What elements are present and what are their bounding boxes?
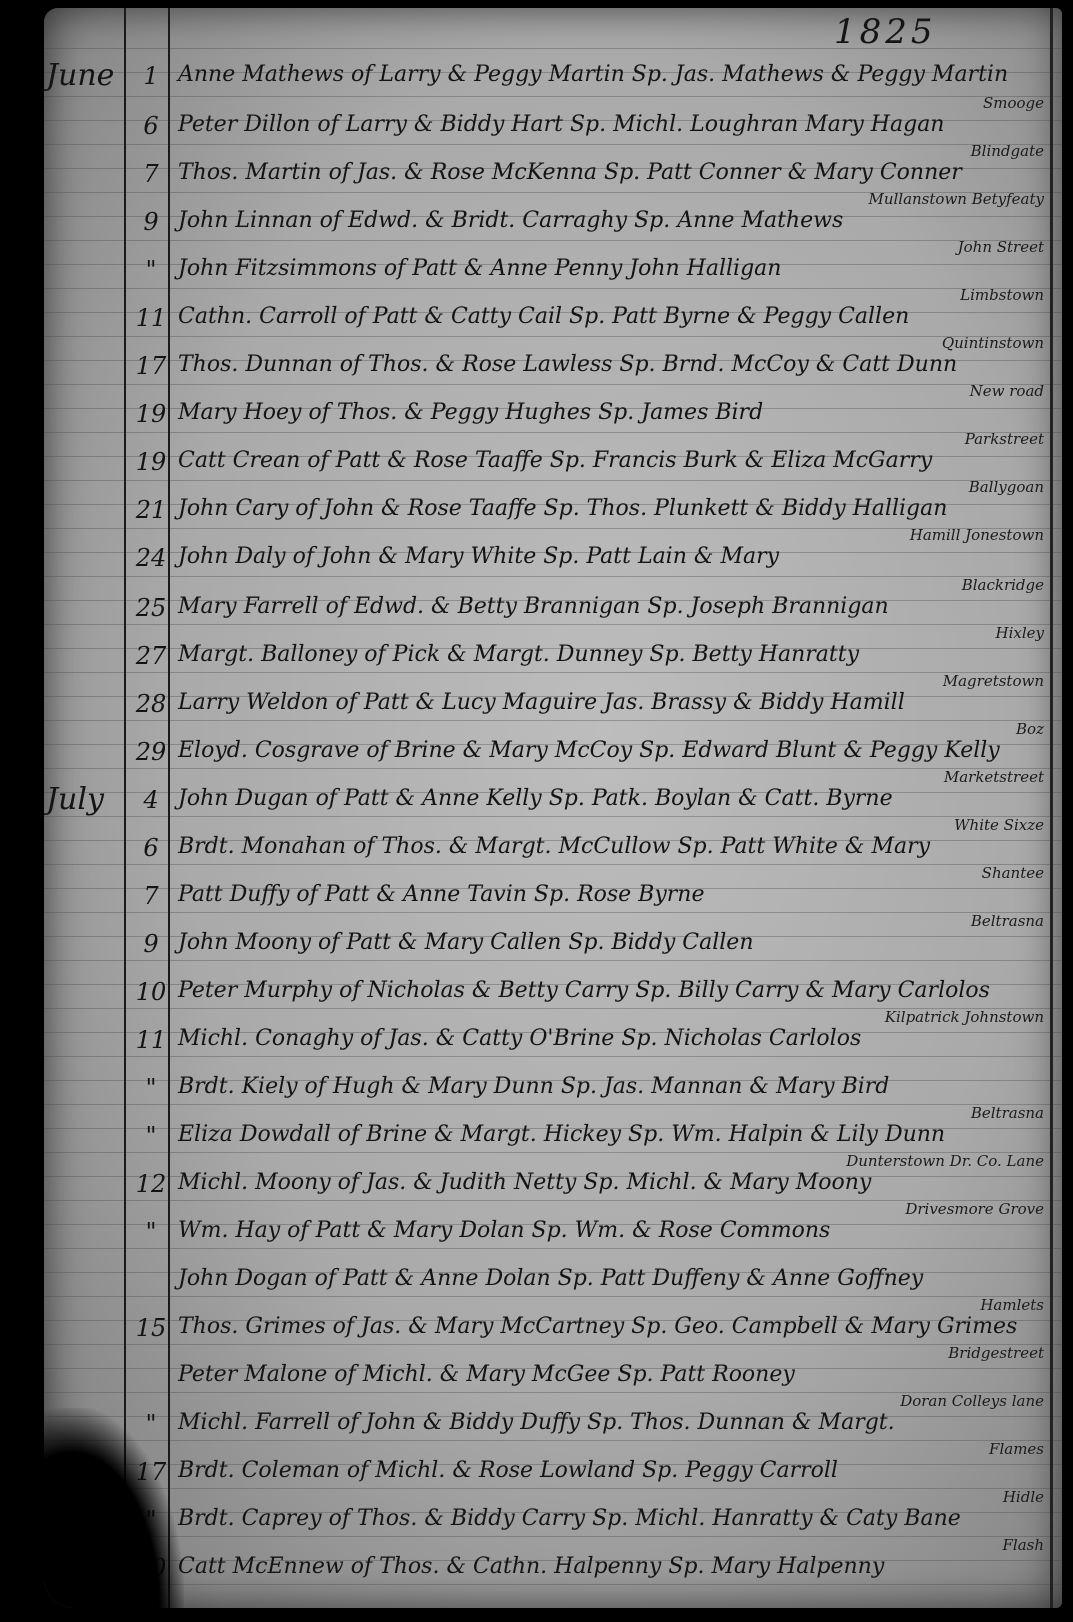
residence-note: Flames — [989, 1440, 1044, 1458]
entry-text: Brdt. Kiely of Hugh & Mary Dunn Sp. Jas.… — [178, 1074, 889, 1099]
day-number: 25 — [134, 594, 168, 622]
ruled-line — [44, 1440, 1062, 1441]
day-number: 29 — [134, 738, 168, 766]
ruled-line — [44, 1248, 1062, 1249]
ruled-line — [44, 720, 1062, 721]
entry-text: Wm. Hay of Patt & Mary Dolan Sp. Wm. & R… — [178, 1218, 830, 1243]
ruled-line — [44, 240, 1062, 241]
day-number: 9 — [134, 208, 168, 236]
residence-note: Doran Colleys lane — [900, 1392, 1044, 1410]
entry-text: Margt. Balloney of Pick & Margt. Dunney … — [178, 642, 859, 667]
ruled-line — [44, 1584, 1062, 1585]
ruled-line — [44, 1488, 1062, 1489]
entry-text: Michl. Moony of Jas. & Judith Netty Sp. … — [178, 1170, 871, 1195]
residence-note: John Street — [958, 238, 1044, 256]
residence-note: Quintinstown — [942, 334, 1044, 352]
ruled-line — [44, 384, 1062, 385]
entry-text: Catt Crean of Patt & Rose Taaffe Sp. Fra… — [178, 448, 932, 473]
ruled-line — [44, 672, 1062, 673]
day-number: 1 — [134, 62, 168, 90]
entry-text: John Dogan of Patt & Anne Dolan Sp. Patt… — [178, 1266, 923, 1291]
residence-note: Drivesmore Grove — [905, 1200, 1044, 1218]
day-number: 6 — [134, 834, 168, 862]
entry-text: John Daly of John & Mary White Sp. Patt … — [178, 544, 779, 569]
residence-note: Blackridge — [962, 576, 1044, 594]
register-page: 1825 June1Anne Mathews of Larry & Peggy … — [44, 8, 1062, 1608]
ruled-line — [44, 1104, 1062, 1105]
residence-note: Smooge — [983, 94, 1044, 112]
ruled-line — [44, 864, 1062, 865]
entry-text: John Cary of John & Rose Taaffe Sp. Thos… — [178, 496, 947, 521]
right-margin-rule — [1050, 8, 1053, 1608]
ruled-line — [44, 768, 1062, 769]
thumb-shadow — [44, 1408, 184, 1608]
entry-text: Peter Dillon of Larry & Biddy Hart Sp. M… — [178, 112, 944, 137]
ruled-line — [44, 1344, 1062, 1345]
residence-note: White Sixze — [954, 816, 1044, 834]
residence-note: Flash — [1002, 1536, 1044, 1554]
residence-note: Magretstown — [943, 672, 1044, 690]
entry-text: Eliza Dowdall of Brine & Margt. Hickey S… — [178, 1122, 945, 1147]
residence-note: Limbstown — [960, 286, 1044, 304]
residence-note: Beltrasna — [971, 1104, 1044, 1122]
ruled-line — [44, 912, 1062, 913]
residence-note: Hamill Jonestown — [910, 526, 1044, 544]
day-number: 12 — [134, 1170, 168, 1198]
entry-text: Brdt. Coleman of Michl. & Rose Lowland S… — [178, 1458, 838, 1483]
ruled-line — [44, 288, 1062, 289]
residence-note: Hixley — [996, 624, 1045, 642]
residence-note: Dunterstown Dr. Co. Lane — [846, 1152, 1044, 1170]
entry-text: Thos. Grimes of Jas. & Mary McCartney Sp… — [178, 1314, 1017, 1339]
day-number: 4 — [134, 786, 168, 814]
ruled-line — [44, 576, 1062, 577]
entry-text: John Moony of Patt & Mary Callen Sp. Bid… — [178, 930, 754, 955]
entry-text: John Linnan of Edwd. & Bridt. Carraghy S… — [178, 208, 843, 233]
entry-text: Mary Farrell of Edwd. & Betty Brannigan … — [178, 594, 889, 619]
day-number: 6 — [134, 112, 168, 140]
day-number: " — [134, 1218, 168, 1246]
day-number: 10 — [134, 978, 168, 1006]
residence-note: Mullanstown Betyfeaty — [868, 190, 1044, 208]
residence-note: Shantee — [982, 864, 1044, 882]
ruled-line — [44, 960, 1062, 961]
entry-text: Catt McEnnew of Thos. & Cathn. Halpenny … — [178, 1554, 884, 1579]
ruled-line — [44, 96, 1062, 97]
day-number: 15 — [134, 1314, 168, 1342]
month-label: July — [46, 782, 104, 817]
entry-text: Mary Hoey of Thos. & Peggy Hughes Sp. Ja… — [178, 400, 763, 425]
residence-note: Hidle — [1003, 1488, 1044, 1506]
day-number: 28 — [134, 690, 168, 718]
day-number: 7 — [134, 160, 168, 188]
residence-note: Boz — [1016, 720, 1044, 738]
month-label: June — [46, 58, 114, 93]
entry-text: Brdt. Caprey of Thos. & Biddy Carry Sp. … — [178, 1506, 961, 1531]
ruled-line — [44, 1536, 1062, 1537]
ruled-line — [44, 144, 1062, 145]
ruled-line — [44, 480, 1062, 481]
entry-text: Patt Duffy of Patt & Anne Tavin Sp. Rose… — [178, 882, 705, 907]
register-year: 1825 — [834, 12, 937, 52]
ruled-line — [44, 624, 1062, 625]
entry-text: Thos. Dunnan of Thos. & Rose Lawless Sp.… — [178, 352, 957, 377]
entry-text: Cathn. Carroll of Patt & Catty Cail Sp. … — [178, 304, 909, 329]
day-number: 11 — [134, 1026, 168, 1054]
day-number: 21 — [134, 496, 168, 524]
entry-text: Thos. Martin of Jas. & Rose McKenna Sp. … — [178, 160, 962, 185]
entry-text: Michl. Conaghy of Jas. & Catty O'Brine S… — [178, 1026, 861, 1051]
day-number: 9 — [134, 930, 168, 958]
residence-note: Blindgate — [971, 142, 1044, 160]
ruled-line — [44, 336, 1062, 337]
day-number: 11 — [134, 304, 168, 332]
day-number: 7 — [134, 882, 168, 910]
month-column-rule — [124, 8, 126, 1608]
residence-note: Hamlets — [980, 1296, 1044, 1314]
entry-text: Michl. Farrell of John & Biddy Duffy Sp.… — [178, 1410, 895, 1435]
entry-text: Peter Murphy of Nicholas & Betty Carry S… — [178, 978, 990, 1003]
entry-text: John Fitzsimmons of Patt & Anne Penny Jo… — [178, 256, 781, 281]
residence-note: Parkstreet — [965, 430, 1044, 448]
residence-note: Beltrasna — [971, 912, 1044, 930]
residence-note: New road — [970, 382, 1044, 400]
residence-note: Marketstreet — [944, 768, 1044, 786]
day-number: 24 — [134, 544, 168, 572]
ruled-line — [44, 816, 1062, 817]
day-column-rule — [168, 8, 170, 1608]
entry-text: Peter Malone of Michl. & Mary McGee Sp. … — [178, 1362, 795, 1387]
entry-text: Eloyd. Cosgrave of Brine & Mary McCoy Sp… — [178, 738, 1000, 763]
entry-text: John Dugan of Patt & Anne Kelly Sp. Patk… — [178, 786, 893, 811]
residence-note: Ballygoan — [969, 478, 1044, 496]
day-number: 19 — [134, 400, 168, 428]
day-number: 27 — [134, 642, 168, 670]
day-number: 17 — [134, 352, 168, 380]
residence-note: Bridgestreet — [948, 1344, 1044, 1362]
residence-note: Kilpatrick Johnstown — [885, 1008, 1044, 1026]
entry-text: Larry Weldon of Patt & Lucy Maguire Jas.… — [178, 690, 905, 715]
ruled-line — [44, 1056, 1062, 1057]
day-number: " — [134, 1122, 168, 1150]
ruled-line — [44, 432, 1062, 433]
ruled-line — [44, 1296, 1062, 1297]
day-number: 19 — [134, 448, 168, 476]
entry-text: Brdt. Monahan of Thos. & Margt. McCullow… — [178, 834, 930, 859]
day-number: " — [134, 256, 168, 284]
entry-text: Anne Mathews of Larry & Peggy Martin Sp.… — [178, 62, 1008, 87]
day-number: " — [134, 1074, 168, 1102]
